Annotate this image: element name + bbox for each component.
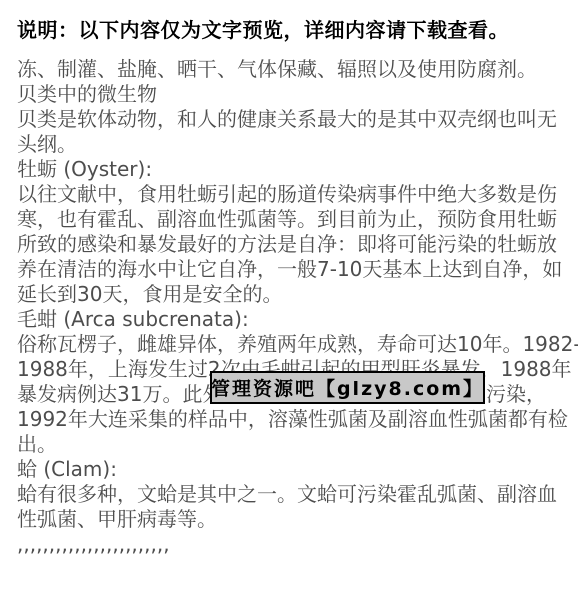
text-line: 性弧菌、甲肝病毒等。 [17, 507, 573, 532]
text-fragment-right: 污染， [486, 382, 546, 407]
text-line: 蛤有很多种，文蛤是其中之一。文蛤可污染霍乱弧菌、副溶血 [17, 482, 573, 507]
preview-notice: 说明：以下内容仅为文字预览，详细内容请下载查看。 [17, 14, 509, 43]
text-line: 俗称瓦楞子，雌雄异体，养殖两年成熟，寿命可达10年。1982- [17, 332, 573, 357]
text-line: 贝类是软体动物，和人的健康关系最大的是其中双壳纲也叫无 [17, 107, 573, 132]
text-line: 以往文献中，食用牡蛎引起的肠道传染病事件中绝大多数是伤 [17, 182, 573, 207]
text-line: 所致的感染和暴发最好的方法是自净：即将可能污染的牡蛎放 [17, 232, 573, 257]
text-line: 1992年大连采集的样品中，溶藻性弧菌及副溶血性弧菌都有检 [17, 407, 573, 432]
text-line: 冻、制灌、盐腌、晒干、气体保藏、辐照以及使用防腐剂。 [17, 57, 573, 82]
watermark-badge: 管理资源吧【glzy8.com】 [210, 371, 485, 404]
text-line: 延长到30天，食用是安全的。 [17, 282, 573, 307]
watermark-text: 管理资源吧【glzy8.com】 [211, 374, 484, 401]
text-line: 贝类中的微生物 [17, 82, 573, 107]
text-line: 毛蚶 (Arca subcrenata): [17, 307, 573, 332]
text-line: 寒，也有霍乱、副溶血性弧菌等。到目前为止，预防食用牡蛎 [17, 207, 573, 232]
text-line: ,,,,,,,,,,,,,,,,,,,,,,,, [17, 532, 573, 557]
text-fragment-left: 暴发病例达31万。此外 [17, 382, 222, 406]
text-line: 养在清洁的海水中让它自净，一般7-10天基本上达到自净，如 [17, 257, 573, 282]
text-line: 出。 [17, 432, 573, 457]
text-line: 牡蛎 (Oyster): [17, 157, 573, 182]
text-line: 头纲。 [17, 132, 573, 157]
document-body: 冻、制灌、盐腌、晒干、气体保藏、辐照以及使用防腐剂。贝类中的微生物贝类是软体动物… [17, 57, 573, 557]
document-preview-page: 说明：以下内容仅为文字预览，详细内容请下载查看。 冻、制灌、盐腌、晒干、气体保藏… [0, 0, 578, 600]
text-line: 蛤 (Clam): [17, 457, 573, 482]
